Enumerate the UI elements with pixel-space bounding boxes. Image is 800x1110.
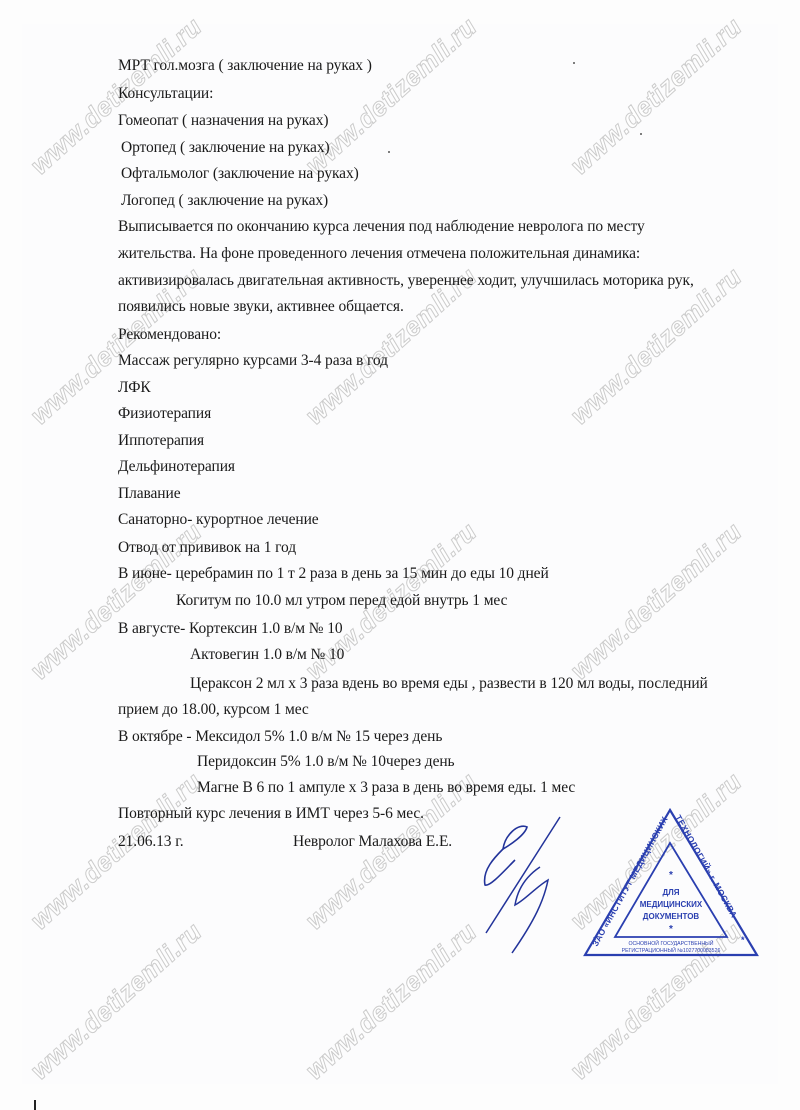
scanned-page: www.detizemli.ruwww.detizemli.ruwww.deti… [0,0,800,1110]
doc-line-ceraxon-cont: прием до 18.00, курсом 1 мес [118,701,309,719]
stamp-star-right: * [741,935,745,945]
stamp-star-bottom: * [669,924,673,935]
doc-line-magne-b6: Магне В 6 по 1 ампуле х 3 раза в день во… [197,779,575,797]
doc-line-orthopedist: Ортопед ( заключение на руках) [121,139,330,157]
svg-text:ЗАО «ИНСТИТУТ МЕДИЦИНСКИХ: ЗАО «ИНСТИТУТ МЕДИЦИНСКИХ [590,815,670,948]
doc-line-consultations-heading: Консультации: [118,85,213,103]
stamp-text-bottom-1: ОСНОВНОЙ ГОСУДАРСТВЕННЫЙ [628,939,713,947]
doc-signer: Невролог Малахова Е.Е. [293,833,452,851]
signature [470,805,580,955]
stamp-star-top: * [669,870,673,881]
doc-line-repeat-course: Повторный курс лечения в ИМТ через 5-6 м… [118,805,424,823]
stamp-text-left: ЗАО «ИНСТИТУТ МЕДИЦИНСКИХ [590,815,670,948]
scan-mark [34,1100,36,1110]
stamp-inner-line-3: ДОКУМЕНТОВ [643,912,700,921]
stamp-inner-line-2: МЕДИЦИНСКИХ [640,900,703,909]
doc-line-august: В августе- Кортексин 1.0 в/м № 10 [118,620,343,638]
doc-line-pyridoxine: Перидоксин 5% 1.0 в/м № 10через день [197,753,455,771]
stamp-text-bottom-2: РЕГИСТРАЦИОННЫЙ №1027700083526 [622,946,721,954]
scan-speck [640,133,642,135]
triangle-stamp: ЗАО «ИНСТИТУТ МЕДИЦИНСКИХ ТЕХНОЛОГИЙ» г.… [575,805,765,965]
doc-line-discharge-4: появились новые звуки, активнее общается… [118,298,404,316]
doc-line-dolphin-therapy: Дельфинотерапия [118,458,235,476]
doc-line-recommended-heading: Рекомендовано: [118,326,221,344]
stamp-star-left: * [593,935,597,945]
stamp-inner-line-1: ДЛЯ [662,888,679,897]
doc-line-ophthalmologist: Офтальмолог (заключение на руках) [121,165,359,183]
doc-line-mri: МРТ гол.мозга ( заключение на руках ) [118,57,372,75]
doc-line-swimming: Плавание [118,485,180,503]
doc-line-discharge-1: Выписывается по окончанию курса лечения … [118,218,645,236]
doc-line-lfk: ЛФК [118,379,151,397]
doc-line-ceraxon: Цераксон 2 мл х 3 раза вдень во время ед… [190,675,708,693]
doc-line-homeopath: Гомеопат ( назначения на руках) [118,112,328,130]
doc-line-cogitum: Когитум по 10.0 мл утром перед едой внут… [176,592,507,610]
doc-line-physiotherapy: Физиотерапия [118,405,211,423]
doc-line-massage: Массаж регулярно курсами 3-4 раза в год [118,352,388,370]
doc-line-actovegin: Актовегин 1.0 в/м № 10 [190,646,344,664]
doc-line-discharge-3: активизировалась двигательная активность… [118,272,694,290]
doc-line-june: В июне- церебрамин по 1 т 2 раза в день … [118,565,549,583]
scan-speck [573,62,575,64]
doc-line-speech-therapist: Логопед ( заключение на руках) [121,192,328,210]
doc-line-sanatorium: Санаторно- курортное лечение [118,511,319,529]
doc-line-vaccination: Отвод от прививок на 1 год [118,539,296,557]
doc-line-october: В октябре - Мексидол 5% 1.0 в/м № 15 чер… [118,728,442,746]
doc-line-discharge-2: жительства. На фоне проведенного лечения… [118,245,640,263]
scan-speck [388,151,390,153]
doc-date: 21.06.13 г. [118,833,184,851]
doc-line-hippotherapy: Иппотерапия [118,432,204,450]
